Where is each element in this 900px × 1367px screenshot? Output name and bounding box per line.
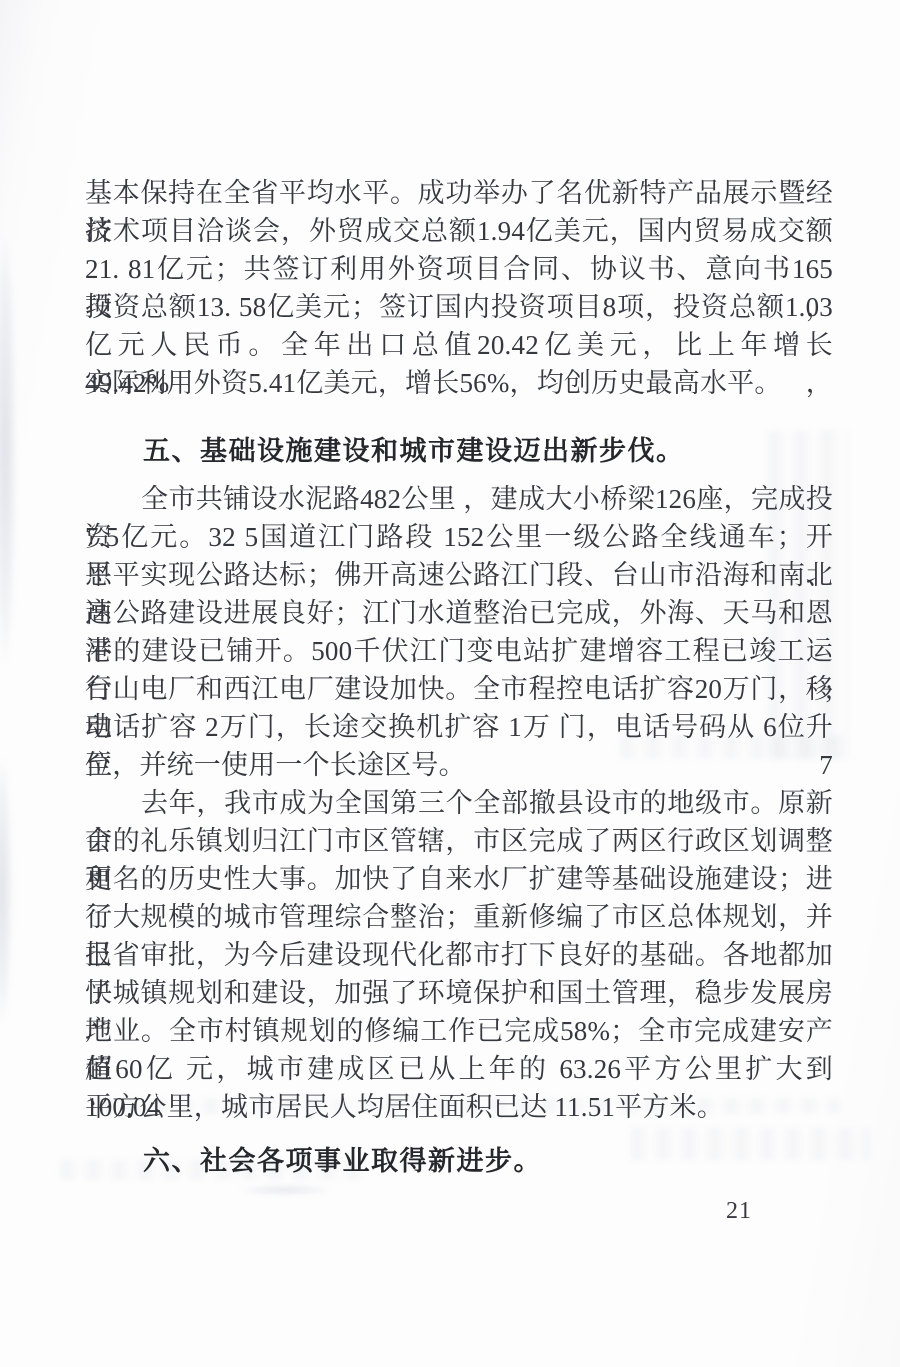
text-line: 7.5亿元。32 5国道江门路段 152公里一级公路全线通车；开平、: [85, 518, 833, 556]
text-line: 亿元人民币。全年出口总值20.42亿美元，比上年增长 49.42%，: [85, 326, 833, 364]
section-heading-5: 五、基础设施建设和城市建设迈出新步伐。: [85, 432, 833, 470]
text-line: 超60亿 元，城市建成区已从上年的 63.26平方公里扩大到 100.04: [85, 1050, 833, 1088]
text-line: 投资总额13. 58亿美元；签订国内投资项目8项，投资总额1.03: [85, 288, 833, 326]
text-line: 了城镇规划和建设，加强了环境保护和国土管理，稳步发展房地: [85, 974, 833, 1012]
text-line: 基本保持在全省平均水平。成功举办了名优新特产品展示暨经济: [85, 174, 833, 212]
text-line: 去年，我市成为全国第三个全部撤县设市的地级市。原新会: [85, 784, 833, 822]
text-line: 恩平实现公路达标；佛开高速公路江门段、台山市沿海和南北高: [85, 556, 833, 594]
text-line: 台山电厂和西江电厂建设加快。全市程控电话扩容20万门，移动: [85, 670, 833, 708]
section-heading-6: 六、社会各项事业取得新进步。: [85, 1142, 833, 1180]
text-line: 21. 81亿元；共签订利用外资项目合同、协议书、意向书165项，: [85, 250, 833, 288]
text-line: 实际利用外资5.41亿美元，增长56%，均创历史最高水平。: [85, 364, 833, 402]
scan-smudge: [0, 760, 12, 1020]
text-line: 更名的历史性大事。加快了自来水厂扩建等基础设施建设；进行: [85, 860, 833, 898]
scanned-page: 基本保持在全省平均水平。成功举办了名优新特产品展示暨经济 技术项目洽谈会，外贸成…: [0, 0, 900, 1367]
scan-smudge: [240, 1186, 330, 1194]
paragraph: 全市共铺设水泥路482公里 ，建成大小桥梁126座，完成投资 7.5亿元。32 …: [85, 480, 833, 784]
document-text: 基本保持在全省平均水平。成功举办了名优新特产品展示暨经济 技术项目洽谈会，外贸成…: [85, 174, 833, 1180]
text-line: 产业。全市村镇规划的修编工作已完成58%；全市完成建安产值: [85, 1012, 833, 1050]
scan-smudge: [0, 240, 16, 660]
text-line: 技术项目洽谈会，外贸成交总额1.94亿美元，国内贸易成交额: [85, 212, 833, 250]
text-line: 速公路建设进展良好；江门水道整治已完成，外海、天马和恩平: [85, 594, 833, 632]
text-line: 全市共铺设水泥路482公里 ，建成大小桥梁126座，完成投资: [85, 480, 833, 518]
text-line: 市的礼乐镇划归江门市区管辖，市区完成了两区行政区划调整和: [85, 822, 833, 860]
text-line: 报省审批，为今后建设现代化都市打下良好的基础。各地都加快: [85, 936, 833, 974]
text-line: 电话扩容 2万门，长途交换机扩容 1万 门，电话号码从 6位升至7: [85, 708, 833, 746]
page-number: 21: [726, 1198, 786, 1225]
text-line: 港的建设已铺开。500千伏江门变电站扩建增容工程已竣工运行;: [85, 632, 833, 670]
paragraph: 去年，我市成为全国第三个全部撤县设市的地级市。原新会 市的礼乐镇划归江门市区管辖…: [85, 784, 833, 1126]
paragraph: 基本保持在全省平均水平。成功举办了名优新特产品展示暨经济 技术项目洽谈会，外贸成…: [85, 174, 833, 402]
text-line: 了大规模的城市管理综合整治；重新修编了市区总体规划，并已: [85, 898, 833, 936]
text-line: 平方公里，城市居民人均居住面积已达 11.51平方米。: [85, 1088, 833, 1126]
